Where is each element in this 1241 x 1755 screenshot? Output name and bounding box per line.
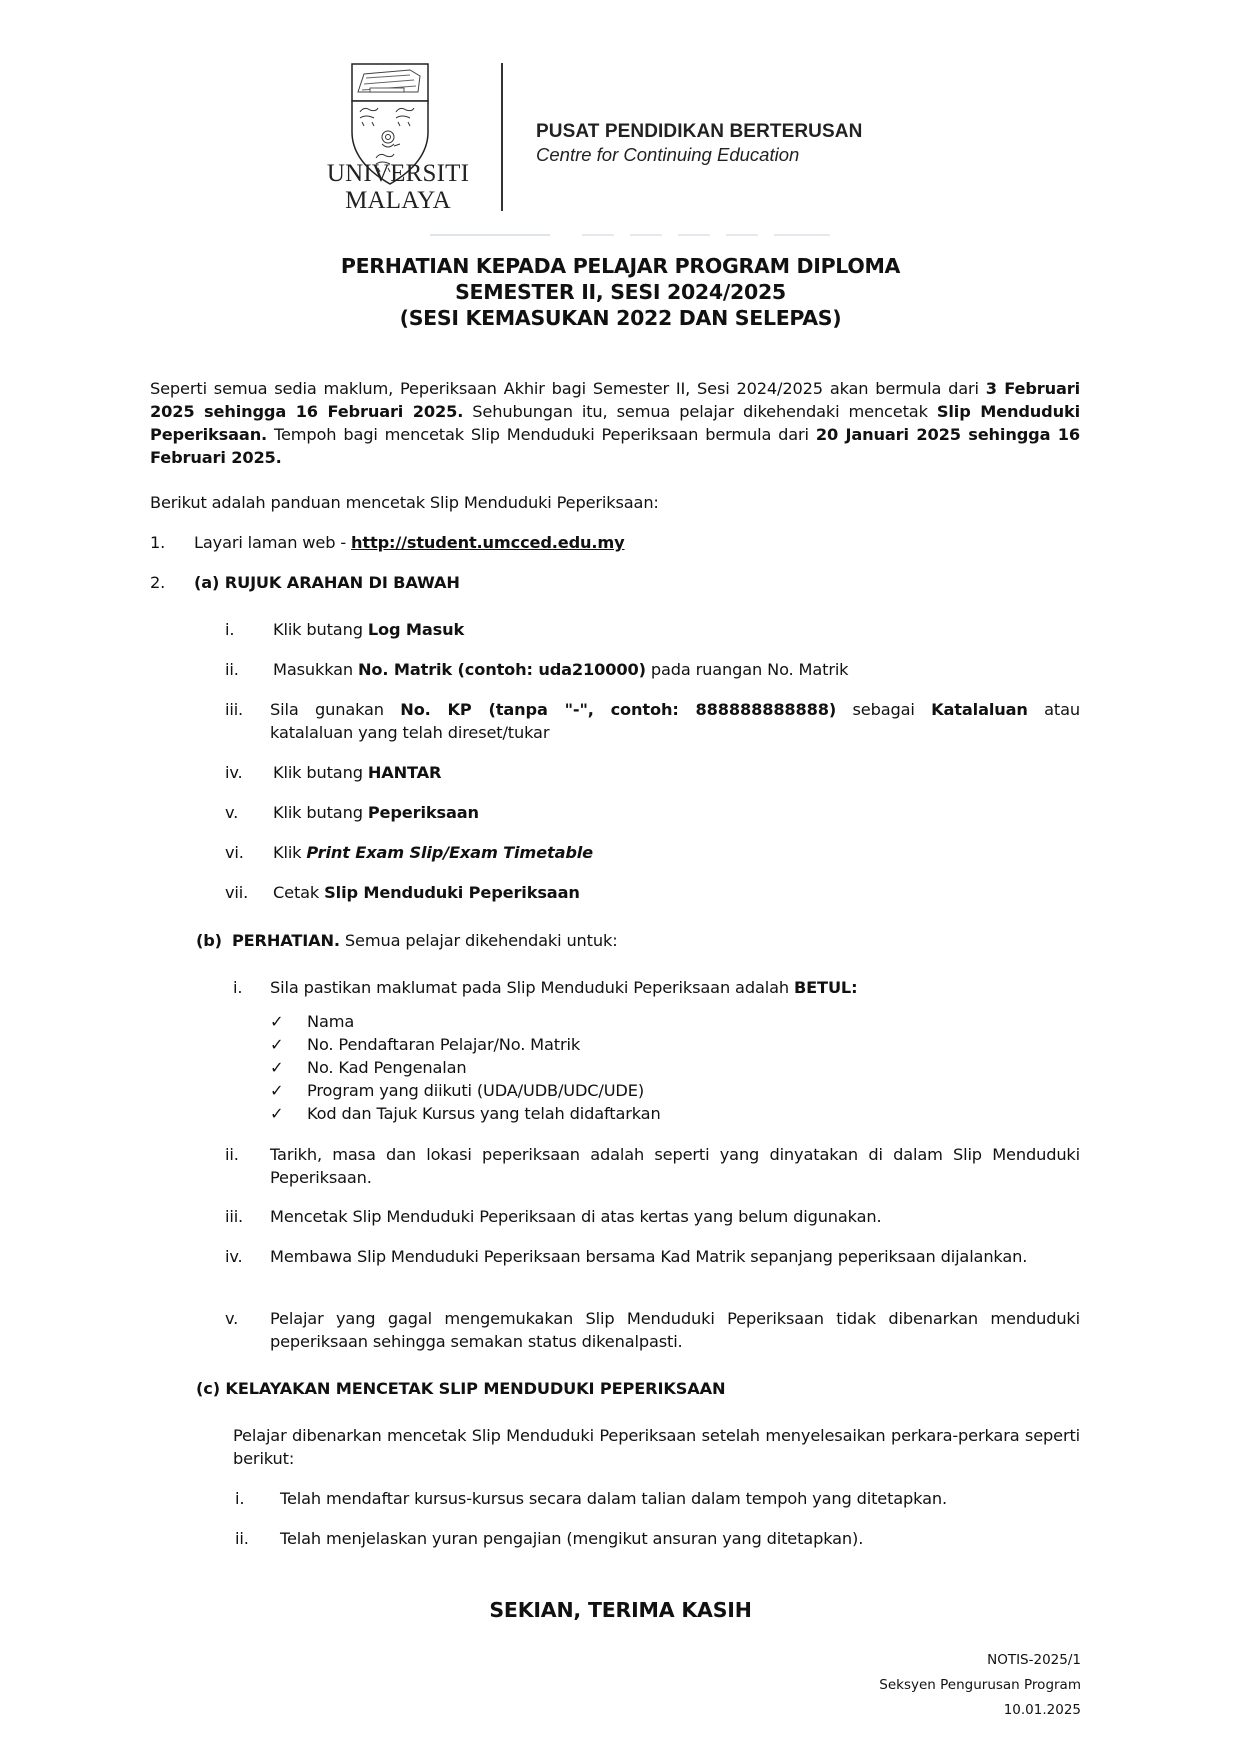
university-name: UNIVERSITI MALAYA xyxy=(313,160,483,214)
notice-title-line2: SEMESTER II, SESI 2024/2025 xyxy=(0,279,1241,305)
section-b-text: Semua pelajar dikehendaki untuk: xyxy=(340,931,618,950)
section-a-item-6-num: vi. xyxy=(225,841,244,864)
checklist-item: ✓No. Kad Pengenalan xyxy=(270,1056,466,1079)
guide-intro: Berikut adalah panduan mencetak Slip Men… xyxy=(150,491,659,514)
item-text: Klik butang xyxy=(273,803,368,822)
notice-title-line3: (SESI KEMASUKAN 2022 DAN SELEPAS) xyxy=(0,305,1241,331)
footer-reference: NOTIS-2025/1 xyxy=(987,1648,1081,1673)
item-bold: HANTAR xyxy=(368,763,442,782)
checkmark-icon: ✓ xyxy=(270,1010,307,1033)
item-text: pada ruangan No. Matrik xyxy=(646,660,849,679)
item-number: v. xyxy=(225,1307,238,1330)
item-bold: Slip Menduduki Peperiksaan xyxy=(324,883,580,902)
checklist-item: ✓Program yang diikuti (UDA/UDB/UDC/UDE) xyxy=(270,1079,644,1102)
section-b-item-1-num: i. xyxy=(233,976,242,999)
closing-text: SEKIAN, TERIMA KASIH xyxy=(0,1598,1241,1622)
section-b-item-3: iii. Mencetak Slip Menduduki Peperiksaan… xyxy=(225,1205,1080,1228)
step-1-text: Layari laman web - http://student.umcced… xyxy=(194,531,625,554)
section-a-item-5-num: v. xyxy=(225,801,238,824)
item-bold: No. Matrik (contoh: uda210000) xyxy=(358,660,646,679)
intro-paragraph: Seperti semua sedia maklum, Peperiksaan … xyxy=(150,377,1080,469)
item-bold-italic: Print Exam Slip/Exam Timetable xyxy=(306,843,593,862)
step-1: 1. xyxy=(150,531,165,554)
checklist-item: ✓No. Pendaftaran Pelajar/No. Matrik xyxy=(270,1033,580,1056)
section-a-item-7-num: vii. xyxy=(225,881,248,904)
checklist-item-text: Kod dan Tajuk Kursus yang telah didaftar… xyxy=(307,1104,661,1123)
checkmark-icon: ✓ xyxy=(270,1102,307,1125)
section-a-item-2-num: ii. xyxy=(225,658,239,681)
checklist-item-text: No. Pendaftaran Pelajar/No. Matrik xyxy=(307,1035,580,1054)
university-name-line1: UNIVERSITI xyxy=(313,160,483,187)
section-b-bold: PERHATIAN. xyxy=(232,931,340,950)
header-rule xyxy=(430,234,830,236)
section-c-item-1: Telah mendaftar kursus-kursus secara dal… xyxy=(280,1487,947,1510)
item-text: Klik xyxy=(273,843,306,862)
item-bold: No. KP (tanpa "-", contoh: 888888888888) xyxy=(400,700,836,719)
section-b-item-5: v. Pelajar yang gagal mengemukakan Slip … xyxy=(225,1307,1080,1353)
checklist-item-text: Nama xyxy=(307,1012,354,1031)
item-text: Masukkan xyxy=(273,660,358,679)
section-a-item-4: Klik butang HANTAR xyxy=(273,761,441,784)
item-bold: Peperiksaan xyxy=(368,803,479,822)
item-number: iii. xyxy=(225,1205,243,1228)
section-a-item-7: Cetak Slip Menduduki Peperiksaan xyxy=(273,881,580,904)
student-portal-link[interactable]: http://student.umcced.edu.my xyxy=(351,533,625,552)
section-b-item-1: Sila pastikan maklumat pada Slip Mendudu… xyxy=(270,976,857,999)
item-number: ii. xyxy=(225,1143,239,1166)
footer-section: Seksyen Pengurusan Program xyxy=(879,1673,1081,1698)
intro-text-1: Seperti semua sedia maklum, Peperiksaan … xyxy=(150,379,986,398)
section-a-heading: (a) RUJUK ARAHAN DI BAWAH xyxy=(194,571,460,594)
section-c-intro: Pelajar dibenarkan mencetak Slip Mendudu… xyxy=(233,1424,1080,1470)
section-b-item-2: ii. Tarikh, masa dan lokasi peperiksaan … xyxy=(225,1143,1080,1189)
section-a-item-4-num: iv. xyxy=(225,761,243,784)
footer-date: 10.01.2025 xyxy=(1004,1698,1081,1723)
centre-name-malay: PUSAT PENDIDIKAN BERTERUSAN xyxy=(536,121,862,143)
section-b-heading: (b) PERHATIAN. Semua pelajar dikehendaki… xyxy=(196,929,618,952)
checklist-item: ✓Nama xyxy=(270,1010,354,1033)
checkmark-icon: ✓ xyxy=(270,1079,307,1102)
section-b-label: (b) xyxy=(196,931,222,950)
item-text: Klik butang xyxy=(273,620,368,639)
section-a-item-3-line2: katalaluan yang telah direset/tukar xyxy=(270,721,549,744)
checklist-item-text: No. Kad Pengenalan xyxy=(307,1058,466,1077)
item-text: Klik butang xyxy=(273,763,368,782)
checkmark-icon: ✓ xyxy=(270,1056,307,1079)
item-bold: Log Masuk xyxy=(368,620,464,639)
section-b-item-4: iv. Membawa Slip Menduduki Peperiksaan b… xyxy=(225,1245,1080,1268)
item-number: iv. xyxy=(225,1245,243,1268)
section-a-item-1: Klik butang Log Masuk xyxy=(273,618,464,641)
item-text: sebagai xyxy=(836,700,931,719)
item-text: Cetak xyxy=(273,883,324,902)
checklist-item-text: Program yang diikuti (UDA/UDB/UDC/UDE) xyxy=(307,1081,644,1100)
section-a-item-3: Sila gunakan No. KP (tanpa "-", contoh: … xyxy=(270,698,1080,721)
item-text: Sila pastikan maklumat pada Slip Mendudu… xyxy=(270,978,794,997)
step-1-number: 1. xyxy=(150,533,165,552)
intro-text-2: Sehubungan itu, semua pelajar dikehendak… xyxy=(463,402,937,421)
item-text: Membawa Slip Menduduki Peperiksaan bersa… xyxy=(270,1245,1080,1268)
item-text: Mencetak Slip Menduduki Peperiksaan di a… xyxy=(270,1205,1080,1228)
section-c-item-1-num: i. xyxy=(235,1487,244,1510)
item-text: Sila gunakan xyxy=(270,700,400,719)
section-a-item-5: Klik butang Peperiksaan xyxy=(273,801,479,824)
section-c-item-2-num: ii. xyxy=(235,1527,249,1550)
section-c-item-2: Telah menjelaskan yuran pengajian (mengi… xyxy=(280,1527,863,1550)
notice-title-line1: PERHATIAN KEPADA PELAJAR PROGRAM DIPLOMA xyxy=(0,253,1241,279)
section-c-heading: (c) KELAYAKAN MENCETAK SLIP MENDUDUKI PE… xyxy=(196,1377,725,1400)
item-bold: BETUL: xyxy=(794,978,857,997)
section-a-item-3-num: iii. xyxy=(225,698,243,721)
university-name-line2: MALAYA xyxy=(313,187,483,214)
item-text: Tarikh, masa dan lokasi peperiksaan adal… xyxy=(270,1143,1080,1189)
step-2-number: 2. xyxy=(150,571,165,594)
centre-name-english: Centre for Continuing Education xyxy=(536,144,799,166)
item-text: Pelajar yang gagal mengemukakan Slip Men… xyxy=(270,1307,1080,1353)
header-divider xyxy=(501,63,503,211)
section-a-item-6: Klik Print Exam Slip/Exam Timetable xyxy=(273,841,593,864)
step-1-label: Layari laman web - xyxy=(194,533,351,552)
checkmark-icon: ✓ xyxy=(270,1033,307,1056)
section-a-item-2: Masukkan No. Matrik (contoh: uda210000) … xyxy=(273,658,848,681)
checklist-item: ✓Kod dan Tajuk Kursus yang telah didafta… xyxy=(270,1102,661,1125)
item-text: atau xyxy=(1028,700,1080,719)
item-bold: Katalaluan xyxy=(931,700,1028,719)
section-a-item-1-num: i. xyxy=(225,618,234,641)
intro-text-3: Tempoh bagi mencetak Slip Menduduki Pepe… xyxy=(267,425,816,444)
